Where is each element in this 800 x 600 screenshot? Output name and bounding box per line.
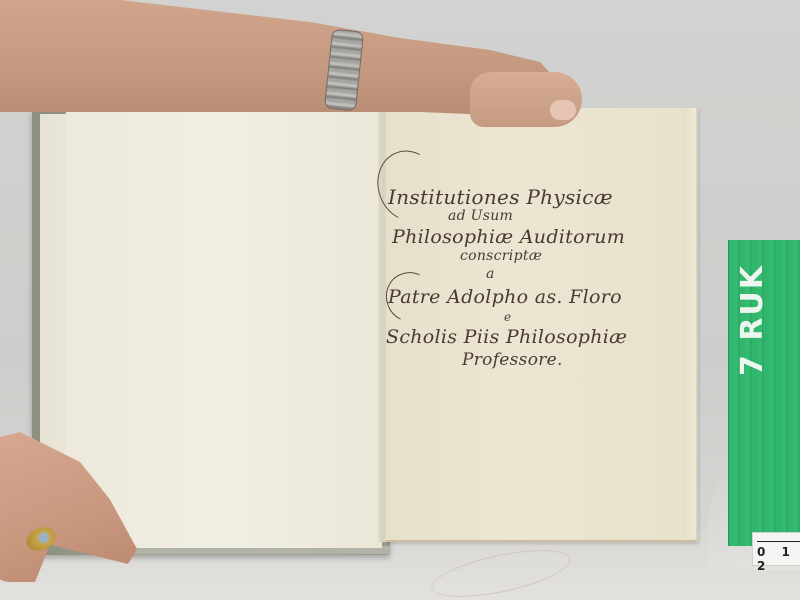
title-line: e <box>504 310 511 324</box>
scale-numbers: 0 1 2 <box>757 545 800 573</box>
title-line: Philosophiæ Auditorum <box>392 226 625 248</box>
title-line: Scholis Piis Philosophiæ <box>386 326 627 348</box>
label-code: RUK <box>735 264 770 341</box>
thumbnail <box>550 100 576 120</box>
scale-bar: 0 1 2 <box>752 532 800 566</box>
label-number: 7 <box>735 353 770 376</box>
title-line: Patre Adolpho as. Floro <box>388 286 622 308</box>
title-line: conscriptæ <box>460 248 542 264</box>
left-blank-page <box>66 112 382 548</box>
label-text: 7 RUK <box>735 250 795 390</box>
page-edge <box>682 108 696 538</box>
title-line: a <box>486 266 495 282</box>
scale-line <box>757 541 800 542</box>
title-line: Institutiones Physicæ <box>388 185 613 209</box>
title-line: Professore. <box>462 350 563 370</box>
title-line: ad Usum <box>448 208 513 224</box>
